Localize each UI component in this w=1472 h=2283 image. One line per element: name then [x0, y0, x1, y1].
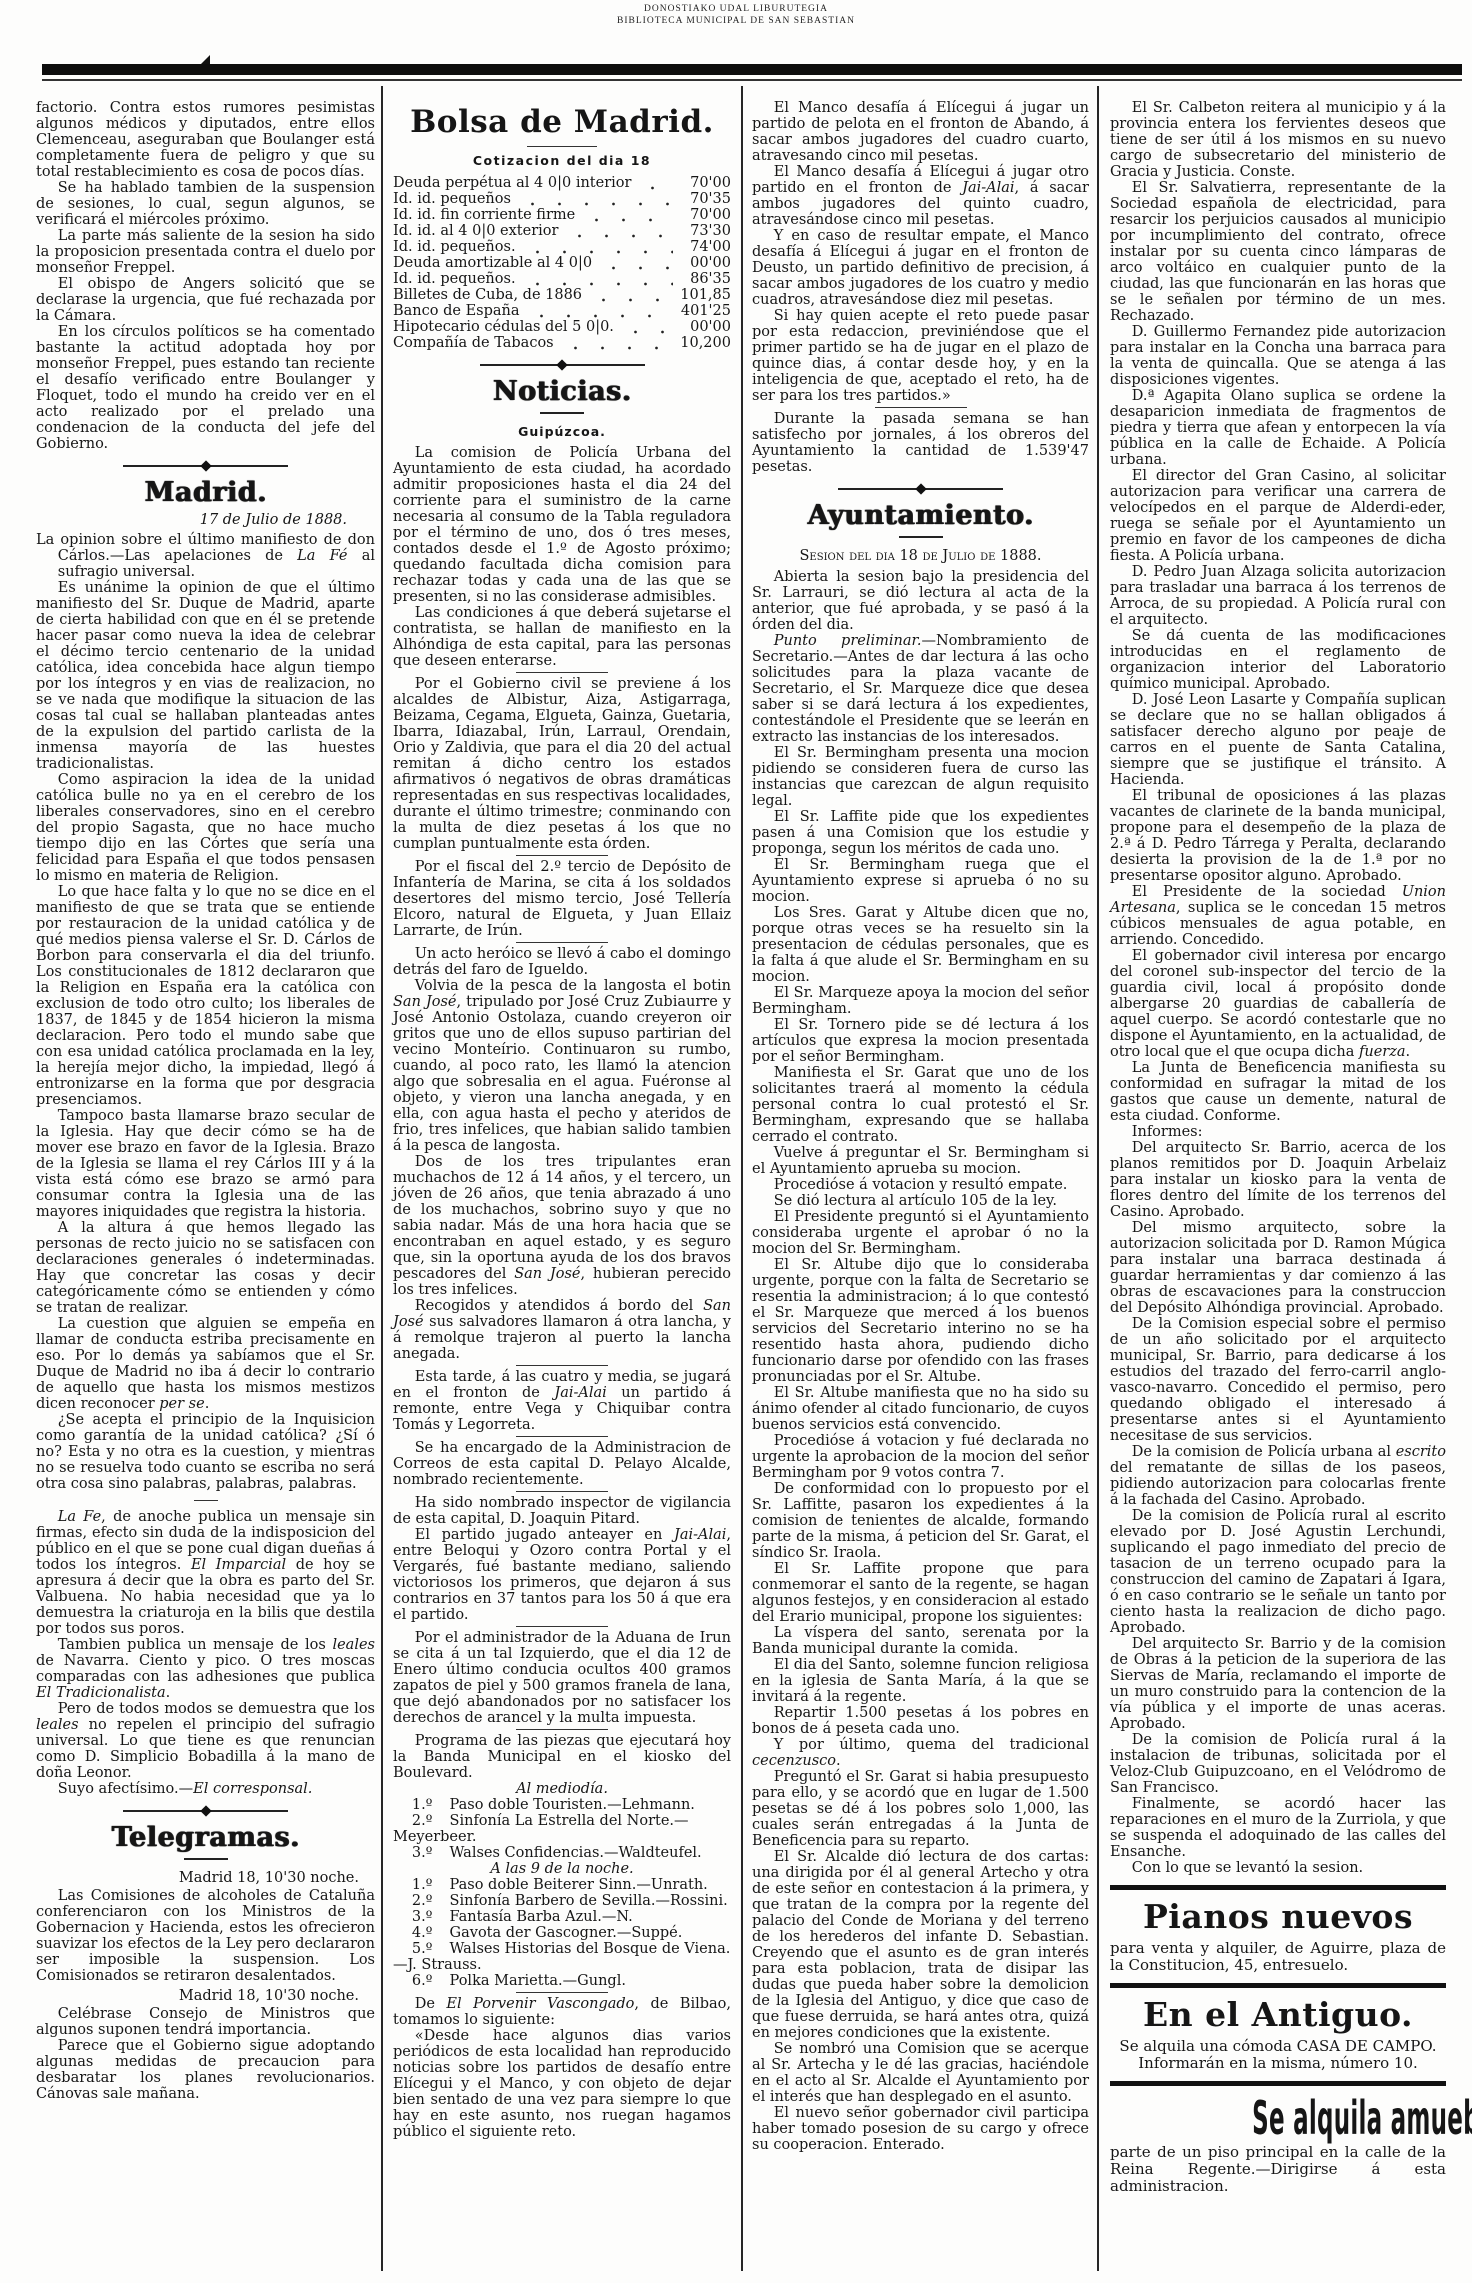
column-4: El Sr. Calbeton reitera al municipio y á…: [1110, 100, 1446, 2195]
text-segment: .: [836, 1753, 841, 1769]
bolsa-heading: Bolsa de Madrid.: [393, 104, 731, 140]
quote-row: Deuda perpétua al 4 0|0 interior70'00: [393, 175, 731, 191]
article-paragraph: Tambien publica un mensaje de los leales…: [36, 1637, 375, 1701]
dot-leader: [558, 223, 673, 239]
program-item: 3.ºFantasía Barba Azul.—N.: [393, 1909, 731, 1925]
minutes-paragraph: El Presidente de la sociedad Union Artes…: [1110, 884, 1446, 948]
program-item: 6.ºPolka Marietta.—Gungl.: [393, 1973, 731, 1989]
short-rule: [516, 855, 608, 856]
minutes-paragraph: Del arquitecto Sr. Barrio, acerca de los…: [1110, 1140, 1446, 1220]
article-paragraph: En los círculos políticos se ha comentad…: [36, 324, 375, 452]
column-1: factorio. Contra estos rumores pesimista…: [36, 100, 375, 2102]
article-paragraph: factorio. Contra estos rumores pesimista…: [36, 100, 375, 180]
program-item: 3.ºWalses Confidencias.—Waldteufel.: [393, 1845, 731, 1861]
program-number: 3.º: [412, 1845, 450, 1861]
program-item: 1.ºPaso doble Touristen.—Lehmann.: [393, 1797, 731, 1813]
news-paragraph: La comision de Policía Urbana del Ayunta…: [393, 445, 731, 605]
heading-underline: [899, 536, 943, 538]
italic-segment: Jai-Alai: [674, 1527, 726, 1543]
quote-row: Compañía de Tabacos10,200: [393, 335, 731, 351]
minutes-paragraph: Se nombró una Comision que se acerque al…: [752, 2041, 1089, 2105]
article-paragraph: Lo que hace falta y lo que no se dice en…: [36, 884, 375, 1108]
dot-leader: [631, 175, 673, 191]
minutes-paragraph: Con lo que se levantó la sesion.: [1110, 1860, 1446, 1876]
minutes-paragraph: El Sr. Bermingham ruega que el Ayuntamie…: [752, 857, 1089, 905]
minutes-paragraph: El Sr. Altube dijo que lo consideraba ur…: [752, 1257, 1089, 1385]
column-separator: [741, 86, 743, 2271]
article-paragraph: La parte más saliente de la sesion ha si…: [36, 228, 375, 276]
minutes-paragraph: El Sr. Altube manifiesta que no ha sido …: [752, 1385, 1089, 1433]
short-rule: [516, 942, 608, 943]
news-paragraph: «Desde hace algunos dias varios periódic…: [393, 2028, 731, 2140]
quote-row: Id. id. fin corriente firme70'00: [393, 207, 731, 223]
text-segment: —Nombramiento de Secretario.—Antes de da…: [752, 633, 1089, 745]
italic-segment: Punto preliminar.: [774, 633, 922, 649]
quote-row: Id. id. al 4 0|0 exterior73'30: [393, 223, 731, 239]
news-paragraph: Recogidos y atendidos á bordo del San Jo…: [393, 1298, 731, 1362]
minutes-paragraph: Procedióse á votacion y fué declarada no…: [752, 1433, 1089, 1481]
italic-segment: leales: [332, 1637, 375, 1653]
session-title: Sesion del dia 18 de Julio de 1888.: [752, 548, 1089, 564]
short-rule: [516, 672, 608, 673]
minutes-paragraph: Se dió lectura al artículo 105 de la ley…: [752, 1193, 1089, 1209]
article-paragraph: ¿Se acepta el principio de la Inquisicio…: [36, 1412, 375, 1492]
quote-value: 401'25: [673, 303, 731, 319]
dot-leader: [592, 255, 673, 271]
program-piece: Sinfonía Barbero de Sevilla.—Rossini.: [450, 1893, 728, 1909]
telegram-dateline: Madrid 18, 10'30 noche.: [36, 1870, 375, 1886]
program-section-label: A las 9 de la noche.: [393, 1861, 731, 1877]
quote-row: Deuda amortizable al 4 0|000'00: [393, 255, 731, 271]
italic-segment: El corresponsal.: [193, 1781, 312, 1797]
italic-segment: per se: [159, 1396, 204, 1412]
minutes-paragraph: D. Pedro Juan Alzaga solicita autorizaci…: [1110, 564, 1446, 628]
column-separator: [1097, 86, 1099, 2271]
text-segment: El Presidente de la sociedad: [1132, 884, 1402, 900]
minutes-paragraph: Del arquitecto Sr. Barrio y de la comisi…: [1110, 1636, 1446, 1732]
minutes-paragraph: El Sr. Alcalde dió lectura de dos cartas…: [752, 1849, 1089, 2041]
advertisement-rule: [1110, 2081, 1446, 2086]
minutes-paragraph: El Sr. Calbeton reitera al municipio y á…: [1110, 100, 1446, 180]
program-section-label: Al mediodía.: [393, 1781, 731, 1797]
quote-label: Id. id. fin corriente firme: [393, 207, 575, 223]
signoff: Suyo afectísimo.—El corresponsal.: [36, 1781, 375, 1797]
telegram-paragraph: Las Comisiones de alcoholes de Cataluña …: [36, 1888, 375, 1984]
text-segment: Tambien publica un mensaje de los: [58, 1637, 333, 1653]
masthead-rule-thick: [42, 64, 1462, 75]
quote-label: Id. id. pequeños.: [393, 271, 516, 287]
minutes-paragraph: Preguntó el Sr. Garat si habia presupues…: [752, 1769, 1089, 1849]
minutes-paragraph: Del mismo arquitecto, sobre la autorizac…: [1110, 1220, 1446, 1316]
stock-quotes-table: Deuda perpétua al 4 0|0 interior70'00 Id…: [393, 175, 731, 351]
program-item: 5.ºWalses Historias del Bosque de Viena.…: [393, 1941, 731, 1973]
column-separator: [381, 86, 383, 2271]
quote-label: Id. id. pequeños: [393, 191, 511, 207]
minutes-paragraph: El Sr. Marqueze apoya la mocion del seño…: [752, 985, 1089, 1017]
text-segment: Y por último, quema del tradicional: [774, 1737, 1089, 1753]
italic-segment: Jai-Alai: [554, 1385, 606, 1401]
region-heading: Guipúzcoa.: [393, 424, 731, 440]
library-header-spanish: BIBLIOTECA MUNICIPAL DE SAN SEBASTIAN: [0, 16, 1472, 27]
quote-value: 86'35: [673, 271, 731, 287]
ornament-divider: [123, 1810, 288, 1812]
minutes-paragraph: El gobernador civil interesa por encargo…: [1110, 948, 1446, 1060]
dot-leader: [554, 335, 673, 351]
dot-leader: [575, 207, 673, 223]
minutes-paragraph: Y por último, quema del tradicional cece…: [752, 1737, 1089, 1769]
italic-segment: San José: [393, 994, 457, 1010]
article-paragraph: Como aspiracion la idea de la unidad cat…: [36, 772, 375, 884]
text-segment: Volvia de la pesca de la langosta el bot…: [415, 978, 731, 994]
article-paragraph: La Fe, de anoche publica un mensaje sin …: [36, 1509, 375, 1637]
quote-value: 101,85: [673, 287, 731, 303]
news-paragraph: El Manco desafía á Elícegui á jugar un p…: [752, 100, 1089, 164]
minutes-paragraph: El director del Gran Casino, al solicita…: [1110, 468, 1446, 564]
text-segment: de Navarra. Ciento y pico. O tres moscas…: [36, 1653, 375, 1685]
ornament-divider: [480, 364, 645, 366]
program-number: 2.º: [412, 1813, 450, 1829]
minutes-paragraph: D. José Leon Lasarte y Compañía suplican…: [1110, 692, 1446, 788]
article-paragraph: Pero de todos modos se demuestra que los…: [36, 1701, 375, 1781]
minutes-paragraph: El Sr. Salvatierra, representante de la …: [1110, 180, 1446, 324]
program-piece: Fantasía Barba Azul.—N.: [450, 1909, 633, 1925]
short-rule: [875, 407, 967, 408]
dot-leader: [516, 239, 673, 255]
minutes-paragraph: El Sr. Laffite propone que para conmemor…: [752, 1561, 1089, 1625]
article-paragraph: Se ha hablado tambien de la suspension d…: [36, 180, 375, 228]
news-paragraph: Si hay quien acepte el reto puede pasar …: [752, 308, 1089, 404]
quote-value: 10,200: [673, 335, 731, 351]
news-paragraph: Volvia de la pesca de la langosta el bot…: [393, 978, 731, 1154]
text-segment: Dos de los tres tripulantes eran muchach…: [393, 1154, 731, 1282]
minutes-paragraph: Los Sres. Garat y Altube dicen que no, p…: [752, 905, 1089, 985]
news-paragraph: Dos de los tres tripulantes eran muchach…: [393, 1154, 731, 1298]
quote-label: Deuda amortizable al 4 0|0: [393, 255, 592, 271]
italic-segment: Jai-Alai: [962, 180, 1014, 196]
ornament-divider: [123, 465, 288, 467]
minutes-paragraph: La víspera del santo, serenata por la Ba…: [752, 1625, 1089, 1657]
quote-value: 73'30: [673, 223, 731, 239]
quote-label: Compañía de Tabacos: [393, 335, 554, 351]
quote-row: Id. id. pequeños70'35: [393, 191, 731, 207]
italic-segment: El Tradicionalista: [36, 1685, 166, 1701]
section-heading-noticias: Noticias.: [393, 375, 731, 409]
short-rule: [516, 1365, 608, 1366]
minutes-paragraph: Procedióse á votacion y resultó empate.: [752, 1177, 1089, 1193]
quote-row: Billetes de Cuba, de 1886101,85: [393, 287, 731, 303]
minutes-paragraph: Se dá cuenta de las modificaciones intro…: [1110, 628, 1446, 692]
short-rule: [516, 1729, 608, 1730]
ad-text: Se alquila una cómoda CASA DE CAMPO. Inf…: [1110, 2038, 1446, 2072]
ad-text: parte de un piso principal en la calle d…: [1110, 2144, 1446, 2195]
italic-segment: fuerza: [1359, 1044, 1406, 1060]
italic-segment: La Fé: [297, 548, 347, 564]
minutes-paragraph: El Presidente preguntó si el Ayuntamient…: [752, 1209, 1089, 1257]
text-segment: .: [205, 1396, 210, 1412]
telegram-dateline: Madrid 18, 10'30 noche.: [36, 1988, 375, 2004]
quote-value: 70'35: [673, 191, 731, 207]
program-item: 1.ºPaso doble Beiterer Sinn.—Unrath.: [393, 1877, 731, 1893]
news-paragraph: Durante la pasada semana se han satisfec…: [752, 411, 1089, 475]
dot-leader: [582, 287, 673, 303]
news-paragraph: Por el fiscal del 2.º tercio de Depósito…: [393, 859, 731, 939]
short-rule: [516, 1626, 608, 1627]
quote-row: Id. id. pequeños.74'00: [393, 239, 731, 255]
minutes-paragraph: De conformidad con lo propuesto por el S…: [752, 1481, 1089, 1561]
text-segment: del rematante de sillas de los paseos, p…: [1110, 1460, 1446, 1508]
minutes-paragraph: La Junta de Beneficencia manifiesta su c…: [1110, 1060, 1446, 1124]
advertisement-pianos: Pianos nuevos para venta y alquiler, de …: [1110, 1898, 1446, 1974]
italic-segment: La Fe: [58, 1509, 101, 1525]
minutes-paragraph: El Sr. Tornero pide se dé lectura á los …: [752, 1017, 1089, 1065]
minutes-paragraph: Abierta la sesion bajo la presidencia de…: [752, 569, 1089, 633]
quote-label: Banco de España: [393, 303, 520, 319]
quote-value: 00'00: [673, 319, 731, 335]
minutes-paragraph: El nuevo señor gobernador civil particip…: [752, 2105, 1089, 2153]
ad-title: Se alquila amueblado: [1110, 2094, 1446, 2142]
text-segment: , tripulado por José Cruz Zubiaurre y Jo…: [393, 994, 731, 1154]
minutes-paragraph: D.ª Agapita Olano suplica se ordene la d…: [1110, 388, 1446, 468]
minutes-paragraph: Finalmente, se acordó hacer las reparaci…: [1110, 1796, 1446, 1860]
short-rule: [516, 1491, 608, 1492]
dot-leader: [520, 303, 673, 319]
article-paragraph: Es unánime la opinion de que el último m…: [36, 580, 375, 772]
quote-label: Id. id. al 4 0|0 exterior: [393, 223, 558, 239]
ad-title: Pianos nuevos: [1110, 1898, 1446, 1936]
dateline: 17 de Julio de 1888.: [36, 512, 375, 528]
article-paragraph: Tampoco basta llamarse brazo secular de …: [36, 1108, 375, 1220]
program-piece: Walses Confidencias.—Waldteufel.: [450, 1845, 702, 1861]
telegram-paragraph: Celébrase Consejo de Ministros que algun…: [36, 2006, 375, 2038]
news-paragraph: Se ha encargado de la Administracion de …: [393, 1440, 731, 1488]
minutes-paragraph: El Sr. Laffite pide que los expedientes …: [752, 809, 1089, 857]
text-segment: .: [166, 1685, 171, 1701]
quote-label: Billetes de Cuba, de 1886: [393, 287, 582, 303]
text-segment: .: [1406, 1044, 1411, 1060]
program-piece: Paso doble Beiterer Sinn.—Unrath.: [450, 1877, 708, 1893]
library-header-basque: DONOSTIAKO UDAL LIBURUTEGIA: [0, 4, 1472, 15]
news-paragraph: Ha sido nombrado inspector de vigilancia…: [393, 1495, 731, 1527]
italic-segment: cecenzusco: [752, 1753, 836, 1769]
minutes-paragraph: El tribunal de oposiciones á las plazas …: [1110, 788, 1446, 884]
news-paragraph: Las condiciones á que deberá sujetarse e…: [393, 605, 731, 669]
telegram-paragraph: Parece que el Gobierno sigue adoptando a…: [36, 2038, 375, 2102]
text-segment: El partido jugado anteayer en: [415, 1527, 674, 1543]
minutes-subheading: Informes:: [1110, 1124, 1446, 1140]
section-heading-ayuntamiento: Ayuntamiento.: [752, 499, 1089, 533]
quote-label: Id. id. pequeños.: [393, 239, 516, 255]
short-rule: [194, 1500, 218, 1501]
text-segment: De la comision de Policía urbana al: [1132, 1444, 1396, 1460]
program-item: 4.ºGavota der Gascogner.—Suppé.: [393, 1925, 731, 1941]
italic-segment: escrito: [1396, 1444, 1446, 1460]
ornament-divider: [838, 488, 1003, 490]
heading-underline: [184, 1858, 228, 1860]
program-number: 1.º: [412, 1877, 450, 1893]
minutes-paragraph: El Sr. Bermingham presenta una mocion pi…: [752, 745, 1089, 809]
quote-row: Banco de España401'25: [393, 303, 731, 319]
article-summary: La opinion sobre el último manifiesto de…: [36, 532, 375, 580]
advertisement-antiguo: En el Antiguo. Se alquila una cómoda CAS…: [1110, 1996, 1446, 2072]
section-heading-madrid: Madrid.: [36, 476, 375, 510]
article-paragraph: A la altura á que hemos llegado las pers…: [36, 1220, 375, 1316]
quote-value: 00'00: [673, 255, 731, 271]
program-number: 5.º: [412, 1941, 450, 1957]
news-paragraph: Programa de las piezas que ejecutará hoy…: [393, 1733, 731, 1781]
minutes-paragraph: Vuelve á preguntar el Sr. Bermingham si …: [752, 1145, 1089, 1177]
news-paragraph: El Manco desafía á Elícegui á jugar otro…: [752, 164, 1089, 228]
ad-text: para venta y alquiler, de Aguirre, plaza…: [1110, 1940, 1446, 1974]
italic-segment: El Porvenir Vascongado: [446, 1996, 634, 2012]
column-3: El Manco desafía á Elícegui á jugar un p…: [752, 100, 1089, 2153]
news-paragraph: Y en caso de resultar empate, el Manco d…: [752, 228, 1089, 308]
program-piece: Gavota der Gascogner.—Suppé.: [450, 1925, 683, 1941]
quote-value: 70'00: [673, 207, 731, 223]
minutes-paragraph: Manifiesta el Sr. Garat que uno de los s…: [752, 1065, 1089, 1145]
quote-label: Hipotecario cédulas del 5 0|0.: [393, 319, 614, 335]
program-number: 4.º: [412, 1925, 450, 1941]
section-heading-telegramas: Telegramas.: [36, 1821, 375, 1855]
heading-underline: [540, 412, 584, 414]
program-number: 3.º: [412, 1909, 450, 1925]
ad-title: En el Antiguo.: [1110, 1996, 1446, 2034]
quote-row: Id. id. pequeños.86'35: [393, 271, 731, 287]
minutes-paragraph: De la Comision especial sobre el permiso…: [1110, 1316, 1446, 1444]
news-paragraph: De El Porvenir Vascongado, de Bilbao, to…: [393, 1996, 731, 2028]
column-2: Bolsa de Madrid. Cotizacion del dia 18 D…: [393, 100, 731, 2140]
dot-leader: [516, 271, 673, 287]
program-piece: Paso doble Touristen.—Lehmann.: [450, 1797, 695, 1813]
article-paragraph: La cuestion que alguien se empeña en lla…: [36, 1316, 375, 1412]
quote-value: 74'00: [673, 239, 731, 255]
advertisement-rule: [1110, 1983, 1446, 1988]
short-rule: [527, 146, 597, 147]
quote-label: Deuda perpétua al 4 0|0 interior: [393, 175, 631, 191]
italic-segment: leales: [36, 1717, 79, 1733]
text-segment: Recogidos y atendidos á bordo del: [415, 1298, 703, 1314]
newspaper-page: DONOSTIAKO UDAL LIBURUTEGIA BIBLIOTECA M…: [0, 0, 1472, 2283]
italic-segment: San José: [514, 1266, 580, 1282]
minutes-paragraph: D. Guillermo Fernandez pide autorizacion…: [1110, 324, 1446, 388]
minutes-paragraph: Repartir 1.500 pesetas á los pobres en b…: [752, 1705, 1089, 1737]
program-number: 2.º: [412, 1893, 450, 1909]
advertisement-amueblado: Se alquila amueblado parte de un piso pr…: [1110, 2094, 1446, 2195]
news-paragraph: Esta tarde, á las cuatro y media, se jug…: [393, 1369, 731, 1433]
quote-row: Hipotecario cédulas del 5 0|0.00'00: [393, 319, 731, 335]
minutes-paragraph: De la comision de Policía urbana al escr…: [1110, 1444, 1446, 1508]
dot-leader: [614, 319, 673, 335]
article-paragraph: El obispo de Angers solicitó que se decl…: [36, 276, 375, 324]
news-paragraph: Por el administrador de la Aduana de Iru…: [393, 1630, 731, 1726]
program-number: 1.º: [412, 1797, 450, 1813]
news-paragraph: Un acto heróico se llevó á cabo el domin…: [393, 946, 731, 978]
text-segment: Suyo afectísimo.—: [58, 1781, 193, 1797]
program-number: 6.º: [412, 1973, 450, 1989]
news-paragraph: Por el Gobierno civil se previene á los …: [393, 676, 731, 852]
news-paragraph: El partido jugado anteayer en Jai-Alai, …: [393, 1527, 731, 1623]
short-rule: [516, 1436, 608, 1437]
advertisement-rule: [1110, 1885, 1446, 1890]
minutes-paragraph: Punto preliminar.—Nombramiento de Secret…: [752, 633, 1089, 745]
minutes-paragraph: De la comision de Policía rural á la ins…: [1110, 1732, 1446, 1796]
text-segment: De: [415, 1996, 447, 2012]
program-item: 2.ºSinfonía Barbero de Sevilla.—Rossini.: [393, 1893, 731, 1909]
dot-leader: [511, 191, 673, 207]
masthead-rule-thin: [42, 79, 1462, 81]
italic-segment: El Imparcial: [191, 1557, 286, 1573]
text-segment: Pero de todos modos se demuestra que los: [58, 1701, 375, 1717]
text-segment: sus salvadores llamaron á otra lancha, y…: [393, 1314, 731, 1362]
bolsa-subtitle: Cotizacion del dia 18: [393, 153, 731, 169]
short-rule: [516, 1992, 608, 1993]
ad-title-text: Se alquila amueblado: [1252, 2094, 1472, 2142]
minutes-paragraph: El dia del Santo, solemne funcion religi…: [752, 1657, 1089, 1705]
quote-value: 70'00: [673, 175, 731, 191]
program-item: 2.ºSinfonía La Estrella del Norte.—Meyer…: [393, 1813, 731, 1845]
text-segment: no repelen el principio del sufragio uni…: [36, 1717, 375, 1781]
minutes-paragraph: De la comision de Policía rural al escri…: [1110, 1508, 1446, 1636]
program-piece: Polka Marietta.—Gungl.: [450, 1973, 626, 1989]
